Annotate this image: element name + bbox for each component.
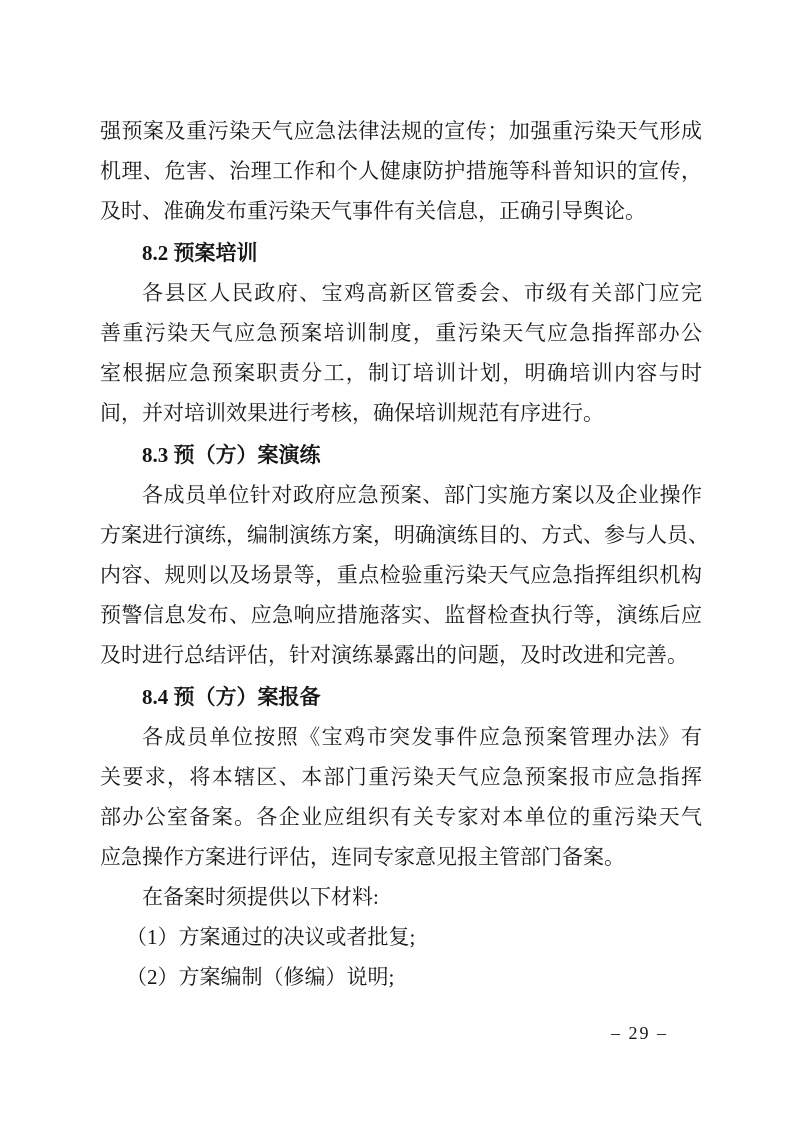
- paragraph-line: 强预案及重污染天气应急法律法规的宣传；加强重污染天气形成: [100, 111, 702, 151]
- paragraph-line: 善重污染天气应急预案培训制度，重污染天气应急指挥部办公: [100, 313, 702, 353]
- section-heading-8-4: 8.4 预（方）案报备: [100, 677, 702, 717]
- paragraph-line: 及时进行总结评估，针对演练暴露出的问题，及时改进和完善。: [100, 635, 702, 675]
- paragraph-line: 关要求，将本辖区、本部门重污染天气应急预案报市应急指挥: [100, 757, 702, 797]
- paragraph-line: 在备案时须提供以下材料:: [100, 877, 702, 917]
- paragraph-line: 部办公室备案。各企业应组织有关专家对本单位的重污染天气: [100, 797, 702, 837]
- paragraph-line: 机理、危害、治理工作和个人健康防护措施等科普知识的宣传，: [100, 151, 702, 191]
- page-number: – 29 –: [611, 1021, 668, 1045]
- paragraph-line: 各县区人民政府、宝鸡高新区管委会、市级有关部门应完: [100, 273, 702, 313]
- paragraph-line: 间，并对培训效果进行考核，确保培训规范有序进行。: [100, 393, 702, 433]
- paragraph-line: 预警信息发布、应急响应措施落实、监督检查执行等，演练后应: [100, 595, 702, 635]
- paragraph-line: 方案进行演练，编制演练方案，明确演练目的、方式、参与人员、: [100, 515, 702, 555]
- section-heading-8-3: 8.3 预（方）案演练: [100, 435, 702, 475]
- paragraph-line: 各成员单位按照《宝鸡市突发事件应急预案管理办法》有: [100, 717, 702, 757]
- paragraph-line: 及时、准确发布重污染天气事件有关信息，正确引导舆论。: [100, 191, 702, 231]
- section-heading-8-2: 8.2 预案培训: [100, 233, 702, 273]
- list-item-2: （2）方案编制（修编）说明;: [100, 957, 702, 997]
- paragraph-line: 内容、规则以及场景等，重点检验重污染天气应急指挥组织机构: [100, 555, 702, 595]
- document-page: 强预案及重污染天气应急法律法规的宣传；加强重污染天气形成 机理、危害、治理工作和…: [0, 0, 800, 1131]
- document-body: 强预案及重污染天气应急法律法规的宣传；加强重污染天气形成 机理、危害、治理工作和…: [100, 111, 702, 997]
- paragraph-line: 室根据应急预案职责分工，制订培训计划，明确培训内容与时: [100, 353, 702, 393]
- paragraph-line: 应急操作方案进行评估，连同专家意见报主管部门备案。: [100, 837, 702, 877]
- paragraph-line: 各成员单位针对政府应急预案、部门实施方案以及企业操作: [100, 475, 702, 515]
- list-item-1: （1）方案通过的决议或者批复;: [100, 917, 702, 957]
